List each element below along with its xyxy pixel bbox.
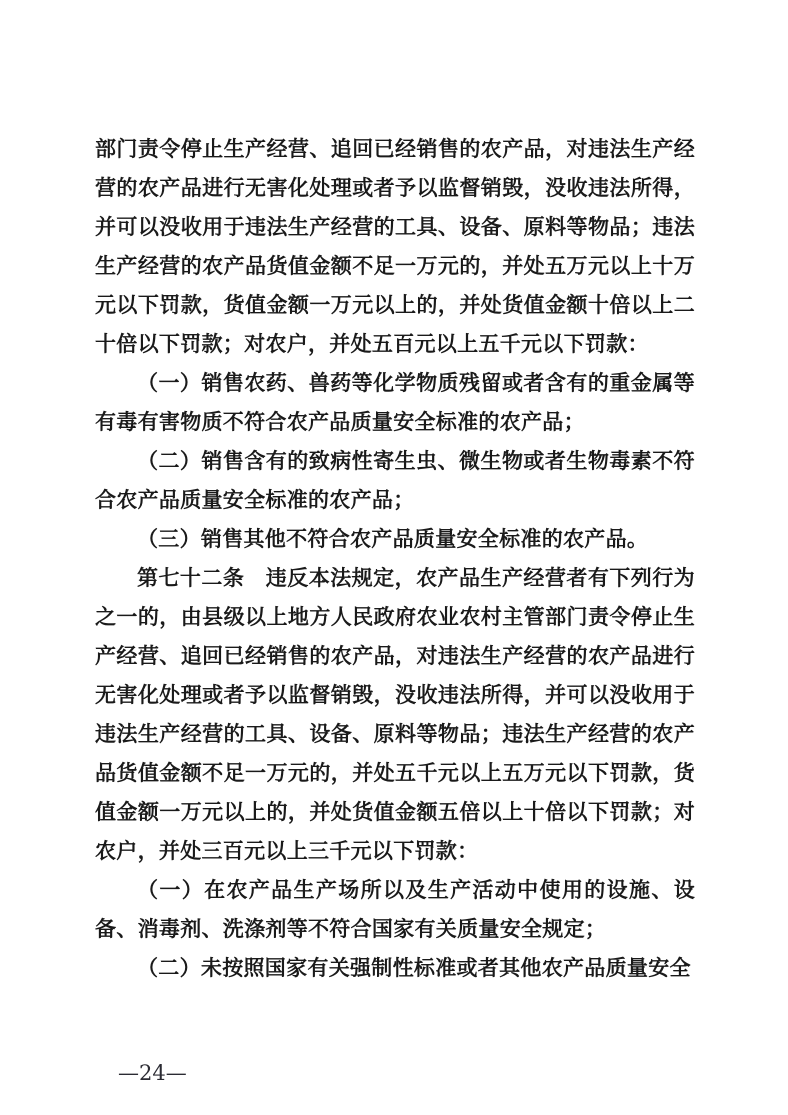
article-72-list-item-1: （一）在农产品生产场所以及生产活动中使用的设施、设备、消毒剂、洗涤剂等不符合国家… <box>95 871 695 949</box>
document-page: 部门责令停止生产经营、追回已经销售的农产品，对违法生产经营的农产品进行无害化处理… <box>0 0 788 1115</box>
article-72-paragraph: 第七十二条 违反本法规定，农产品生产经营者有下列行为之一的，由县级以上地方人民政… <box>95 559 695 871</box>
list-item-1: （一）销售农药、兽药等化学物质残留或者含有的重金属等有毒有害物质不符合农产品质量… <box>95 364 695 442</box>
list-item-2: （二）销售含有的致病性寄生虫、微生物或者生物毒素不符合农产品质量安全标准的农产品… <box>95 442 695 520</box>
page-footer: —24— <box>118 1060 187 1086</box>
document-body: 部门责令停止生产经营、追回已经销售的农产品，对违法生产经营的农产品进行无害化处理… <box>95 130 695 988</box>
list-item-3: （三）销售其他不符合农产品质量安全标准的农产品。 <box>95 520 695 559</box>
paragraph-continuation: 部门责令停止生产经营、追回已经销售的农产品，对违法生产经营的农产品进行无害化处理… <box>95 130 695 364</box>
article-72-list-item-2: （二）未按照国家有关强制性标准或者其他农产品质量安全 <box>95 949 695 988</box>
page-number: —24— <box>118 1061 187 1085</box>
